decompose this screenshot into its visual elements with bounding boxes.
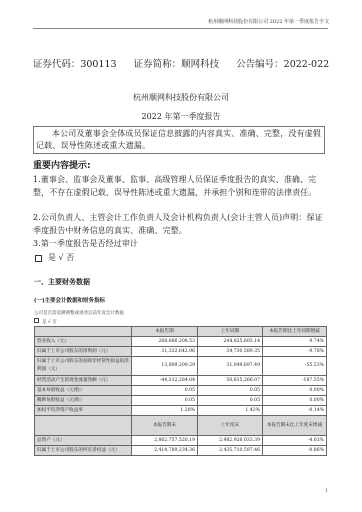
table-row: 总资产（元） 2,862,757,520.19 2,982,926,033.39… [35,436,327,446]
row-label: 归属于上市公司股东的扣除非经常性损益的净利润（元） [35,357,132,376]
key-financial-data-table: 本报告期 上年同期 本报告期比上年同期增减 营业收入（元） 268,666,20… [34,326,327,456]
change-value: 0.00% [263,396,327,406]
table-header-cell: 本报告期末 [132,416,198,436]
tip-item-3: 3.第一季度报告是否经过审计 [33,238,327,251]
prior-value: 50,615,266.07 [198,376,263,386]
table-header-row: 本报告期末 上年度末 本报告期末比上年度末增减 [35,416,327,436]
disclosure-notice-text: 本公司及董事会全体成员保证信息披露的内容真实、准确、完整，没有虚假记载、误导性陈… [36,128,322,152]
security-info-line: 证券代码：300113 证券简称：顺网科技 公告编号：2022-022 [0,56,362,70]
table-row: 营业收入（元） 268,666,208.53 244,825,605.14 9.… [35,337,327,347]
row-label: 基本每股收益（元/股） [35,386,132,396]
important-tips-heading: 重要内容提示: [33,158,91,171]
running-header: 杭州顺网科技股份有限公司 2022 年第一季度报告全文 [208,18,329,25]
report-title: 2022 年第一季度报告 [0,111,362,122]
row-label: 归属于上市公司股东的所有者权益（元） [35,446,132,456]
current-value: 0.05 [132,396,198,406]
restatement-question: 公司是否需追溯调整或重述以前年度会计数据 [34,310,124,316]
table-header-cell: 上年同期 [198,327,263,337]
table-row: 基本每股收益（元/股） 0.05 0.05 0.00% [35,386,327,396]
current-value: -44,312,284.04 [132,376,198,386]
restatement-answer-text: 是 √ 否 [42,320,57,325]
table-header-cell: 本报告期比上年同期增减 [263,327,327,337]
current-value: 2,414,789,234.36 [132,446,198,456]
audit-answer-text: 是 √ 否 [48,253,74,262]
change-value: 0.00% [263,386,327,396]
change-value: -0.14% [263,406,327,416]
table-row: 稀释每股收益（元/股） 0.05 0.05 0.00% [35,396,327,406]
section-heading: 一、主要财务数据 [34,277,90,287]
current-value: 13,809,209.29 [132,357,198,376]
current-value: 31,332,642.96 [132,347,198,357]
table-header-row: 本报告期 上年同期 本报告期比上年同期增减 [35,327,327,337]
change-value: -9.78% [263,347,327,357]
row-label: 总资产（元） [35,436,132,446]
change-value: -187.55% [263,376,327,386]
current-value: 2,862,757,520.19 [132,436,198,446]
prior-value: 2,435,710,597.46 [198,446,263,456]
prior-value: 2,982,926,033.39 [198,436,263,446]
announcement-number: 公告编号：2022-022 [236,59,329,70]
change-value: -55.53% [263,357,327,376]
table-row: 加权平均净资产收益率 1.28% 1.42% -0.14% [35,406,327,416]
audit-answer: 是 √ 否 [35,252,74,263]
header-divider [33,28,328,29]
change-value: -0.86% [263,446,327,456]
prior-value: 0.05 [198,386,263,396]
table-row: 归属于上市公司股东的净利润（元） 31,332,642.96 34,730,58… [35,347,327,357]
subsection-heading: (一)主要会计数据和财务指标 [34,296,105,304]
checkbox-icon [34,318,39,323]
checkbox-icon [35,255,42,262]
row-label: 经营活动产生的现金流量净额（元） [35,376,132,386]
table-row: 归属于上市公司股东的所有者权益（元） 2,414,789,234.36 2,43… [35,446,327,456]
table-row: 归属于上市公司股东的扣除非经常性损益的净利润（元） 13,809,209.29 … [35,357,327,376]
prior-value: 1.42% [198,406,263,416]
company-name: 杭州顺网科技股份有限公司 [0,92,362,103]
tip-item-1: 1.董事会、监事会及董事、监事、高级管理人员保证季度报告的真实、准确、完整，不存… [33,174,327,199]
table-row: 经营活动产生的现金流量净额（元） -44,312,284.04 50,615,2… [35,376,327,386]
prior-value: 0.05 [198,396,263,406]
security-code: 证券代码：300113 [33,59,117,70]
table-header-cell: 本报告期 [132,327,198,337]
current-value: 1.28% [132,406,198,416]
restatement-answer: 是 √ 否 [34,318,57,325]
prior-value: 34,730,589.35 [198,347,263,357]
prior-value: 244,825,605.14 [198,337,263,347]
table-header-cell [35,416,132,436]
page-number: 1 [325,488,328,494]
row-label: 稀释每股收益（元/股） [35,396,132,406]
row-label: 归属于上市公司股东的净利润（元） [35,347,132,357]
prior-value: 31,049,697.49 [198,357,263,376]
security-short-name: 证券简称：顺网科技 [134,59,220,70]
disclosure-notice-box: 本公司及董事会全体成员保证信息披露的内容真实、准确、完整，没有虚假记载、误导性陈… [33,126,325,154]
table-header-cell [35,327,132,337]
row-label: 加权平均净资产收益率 [35,406,132,416]
table-header-cell: 本报告期末比上年度末增减 [263,416,327,436]
current-value: 0.05 [132,386,198,396]
table-header-cell: 上年度末 [198,416,263,436]
row-label: 营业收入（元） [35,337,132,347]
current-value: 268,666,208.53 [132,337,198,347]
change-value: -4.03% [263,436,327,446]
change-value: 9.74% [263,337,327,347]
tip-item-2: 2.公司负责人、主管会计工作负责人及会计机构负责人(会计主管人员)声明：保证季度… [33,212,327,237]
